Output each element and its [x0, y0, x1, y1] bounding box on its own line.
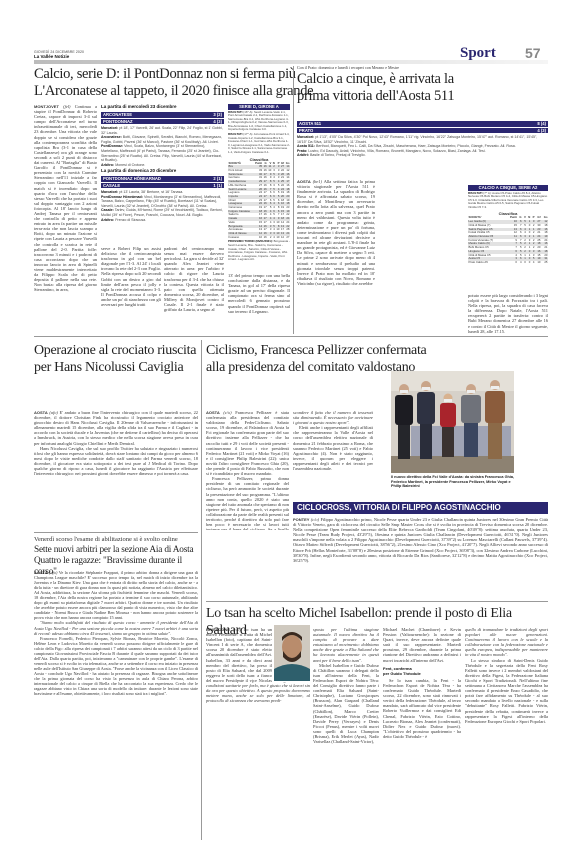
- referee: Monesi di Crotone.: [115, 163, 145, 167]
- match-box-2: La partita di domenica 20 dicembre PONTD…: [101, 168, 224, 238]
- table-cell: 0: [526, 261, 530, 265]
- text: sposto per l'ultima stagione autunnale. …: [313, 627, 379, 663]
- fixtures: Borgosesia - Sestri Levante, Bra - Saluz…: [228, 239, 290, 261]
- serie-d-standings-table: SOCIETÀPuntiGVNPGfGsBra351611232714Pont …: [228, 162, 290, 240]
- section-divider: [206, 601, 548, 602]
- text: Francesca Pellizzer è stata confermata a…: [206, 410, 289, 476]
- scorers: pt 1'13", 4'05" Da Silva, 4'30" Pol Novo…: [297, 135, 537, 144]
- portrait-image: [274, 625, 310, 681]
- referee: Frenzo di Siracusa.: [115, 218, 146, 222]
- headline-aosta511-2: prima vittoria dell'Aosta 511: [297, 88, 557, 105]
- article-text-pellizzer-col1: AOSTA (c/o) Francesca Pellizzer è stata …: [206, 410, 289, 530]
- headline-caviglia-1: Operazione al crociato riuscita: [34, 342, 199, 359]
- text: "Siamo molto soddisfatti del risultato d…: [34, 620, 198, 635]
- kicker-arbitri: Venerdì scorso l'esame di abilitazione s…: [34, 536, 198, 543]
- publication-name: La Vallée Notizie: [34, 54, 69, 59]
- team-name: PONTDONNAZ HÔNEARNAD: [103, 176, 161, 182]
- article-text-pontdonnaz-col2: serve a Robert Filip un assist delizioso…: [101, 246, 161, 332]
- section-divider: [34, 336, 548, 337]
- aosta511-away: PRATO4 (3): [297, 128, 548, 134]
- text: Francesca Pellizzer, prima donna preside…: [206, 476, 289, 530]
- photo-fci-board: [391, 371, 514, 473]
- article-text-isabellon-col4: quello di tramandare le tradizioni degli…: [465, 627, 548, 792]
- calcio5-box: CALCIO A CINQUE, SERIE A2 RISULTATI (7^ …: [468, 185, 548, 291]
- article-text-caviglia: AOSTA (afo) E' andato a buon fine l'inte…: [34, 410, 198, 530]
- page-number: 57: [525, 45, 541, 61]
- article-text-aosta511-col2: potuto essere più largo considerando i 3…: [468, 293, 548, 334]
- text: Alla settima fatica la prima vittoria st…: [297, 179, 375, 286]
- table-cell: 0: [506, 261, 518, 265]
- score: 8 (4): [537, 121, 546, 127]
- ciclocross-banner: CICLOCROSS, VITTORIA DI FILIPPO AGOSTINA…: [293, 502, 548, 514]
- article-text-pontdonnaz-col1: MONTJOVET (fvl) Continua a stupire il Po…: [34, 104, 97, 332]
- article-text-pontdonnaz-col4: 13' del primo tempo con una bella conclu…: [228, 273, 290, 333]
- text: Michel Isabellon e Guido Dufour di Châti…: [313, 663, 379, 745]
- results: (7^ A): Aosta C5-Prato Calcio A5 8-4, At…: [468, 191, 547, 209]
- aosta511-details: Marcatori: pt 1'13", 4'05" Da Silva, 4'3…: [297, 135, 548, 158]
- match1-details: Marcatori: pt 18', 17' Varvelli, 26' aut…: [101, 126, 224, 167]
- headline-aosta511-1: Calcio a cinque, è arrivata la: [297, 71, 557, 88]
- aosta511-match-box: AOSTA 5118 (4) PRATO4 (3) Marcatori: pt …: [297, 121, 548, 158]
- calcio5-standings-table: SOCIETA'PuntiGVNPGfGsLeo Garda (6)166510…: [468, 216, 548, 264]
- team-name: PONTDONNAZ: [103, 119, 133, 125]
- results: (16^ A): Sestri Levante-Vado 2-1, Pont A…: [228, 110, 289, 132]
- match2-away: CASALE1 (1): [101, 183, 224, 189]
- table-cell: 4: [517, 261, 522, 265]
- text: Lo stesso sindaco di Saint-Denis Guido T…: [465, 658, 548, 724]
- table-cell: Prato Calcio A5: [468, 261, 506, 265]
- section-divider: [34, 532, 198, 533]
- team-name: ARCONATESE: [103, 112, 132, 118]
- photo-caption-fci: Il nuovo direttivo della Fci Valle d'Aos…: [391, 475, 515, 489]
- score: 4 (3): [537, 128, 546, 134]
- headline-pellizzer-1: Ciclismo, Francesca Pellizzer confermata: [206, 342, 456, 359]
- text: Francesco Fornelli, Federico Pieropan, S…: [34, 636, 198, 697]
- column-divider: [201, 340, 202, 840]
- section-title: Sport: [460, 45, 496, 62]
- headline-caviglia-2: per Hans Nicolussi Caviglia: [34, 359, 199, 376]
- group-photo-image: [391, 371, 514, 473]
- scorers: pt 13' Lauria, 38' Bertone, st 16' Tanas…: [119, 190, 183, 194]
- text: Continua a stupire il PontDonnaz di Robe…: [34, 104, 97, 292]
- text: Se lo tsan cambia, la Fent - la Federach…: [383, 678, 461, 739]
- score: 3 (2): [213, 112, 222, 118]
- scorers: pt 18', 17' Varvelli, 26' aut. Scala, 22…: [101, 126, 223, 135]
- table-cell: 4: [531, 261, 535, 265]
- lineup-home: Berthod, Bianquett, Feo L. Calli, Da Sil…: [316, 144, 516, 148]
- article-text-pontdonnaz-col3: padroni del centrocampo ma senza mai ess…: [164, 246, 224, 332]
- table-row: Prato Calcio A5040041025: [468, 261, 548, 265]
- score: 4 (3): [213, 119, 222, 125]
- score: 1 (1): [213, 183, 222, 189]
- referees: Basile di Torino, Prekaj di Treviglio.: [310, 153, 366, 157]
- match1-away: PONTDONNAZ4 (3): [101, 119, 224, 125]
- text: "Credo che la priorità di tutti sia quel…: [206, 682, 310, 703]
- calcio5-results: RISULTATI (7^ A): Aosta C5-Prato Calcio …: [468, 192, 548, 210]
- headline-arbitri-1: Sette nuovi arbitri per la sezione Aia d…: [34, 545, 204, 556]
- text: Filippo Agostinacchio primo, Nicole Pess…: [293, 517, 548, 563]
- serie-d-next-round: PROSSIMO TURNO (06/01/2021): Borgosesia …: [228, 240, 290, 262]
- table-cell: 0: [522, 261, 526, 265]
- article-text-pellizzer-col2: scondere il fatto che il numero di tesse…: [293, 410, 373, 500]
- kicker-aosta511: Con il Prato: domenica e lunedì i recupe…: [297, 65, 557, 70]
- match2-details: Marcatori: pt 13' Lauria, 38' Bertone, s…: [101, 190, 224, 222]
- photo-michel-isabellon: [274, 625, 310, 681]
- text: E' andato a buon fine l'intervento chiru…: [34, 410, 198, 446]
- table-cell: 25: [541, 261, 548, 265]
- article-text-aosta511-col1: AOSTA (be1) Alla settima fatica la prima…: [297, 179, 375, 334]
- lineup-away: Lustro, Ed Daoudy, Aviati, Vinicinho, Vi…: [308, 149, 485, 153]
- article-text-ciclocross: PONTEY (c/o) Filippo Agostinacchio primo…: [293, 517, 548, 595]
- text: scondere il fatto che il numero di tesse…: [293, 410, 373, 425]
- article-text-isabellon-col2: sposto per l'ultima stagione autunnale. …: [313, 627, 379, 792]
- text: Hans Nicolussi Caviglia, che sul suo pro…: [34, 446, 198, 477]
- team-name: CASALE: [103, 183, 120, 189]
- text: Lo tsan ha un nuovo Presidente: si tratt…: [206, 627, 272, 682]
- article-text-isabellon-col3: Michael Machet (Chambave) e Kevin Pessio…: [383, 627, 461, 792]
- article-text-isabellon-col1b: Lo tsan ha un nuovo Presidente: si tratt…: [206, 682, 310, 792]
- score: 2 (1): [213, 176, 222, 182]
- article-text-arbitri: AOSTA (afo) Ve la ricordate Stéphanie Fr…: [34, 570, 198, 808]
- article-text-isabellon-col1a: BRISSOGNE (c/o) Lo tsan ha un nuovo Pres…: [206, 627, 272, 682]
- results: (17^ A): Arconatese-Pont Arnad 3-4, Casa…: [228, 132, 290, 154]
- text: Ve la ricordate Stéphanie Frappart, il p…: [34, 570, 198, 620]
- team-name: AOSTA 511: [299, 121, 321, 127]
- lineup-away: Tarlev, Guida, M'Hamsi, Rome (29' st Vec…: [101, 208, 223, 217]
- subheading: per Guido Théodule: [383, 671, 461, 676]
- text: Eletti anche i rappresentanti degli affi…: [293, 425, 373, 471]
- column-divider: [293, 66, 294, 334]
- text: quello di tramandare le tradizioni degli…: [465, 627, 548, 658]
- table-cell: 10: [535, 261, 541, 265]
- serie-d-results-1: RISULTATI (16^ A): Sestri Levante-Vado 2…: [228, 111, 290, 133]
- team-name: PRATO: [299, 128, 313, 134]
- serie-d-results-2: RISULTATI (17^ A): Arconatese-Pont Arnad…: [228, 133, 290, 155]
- serie-d-box: SERIE D, GIRONE A RISULTATI (16^ A): Ses…: [228, 104, 290, 272]
- text: Michael Machet (Chambave) e Kevin Pessio…: [383, 627, 461, 663]
